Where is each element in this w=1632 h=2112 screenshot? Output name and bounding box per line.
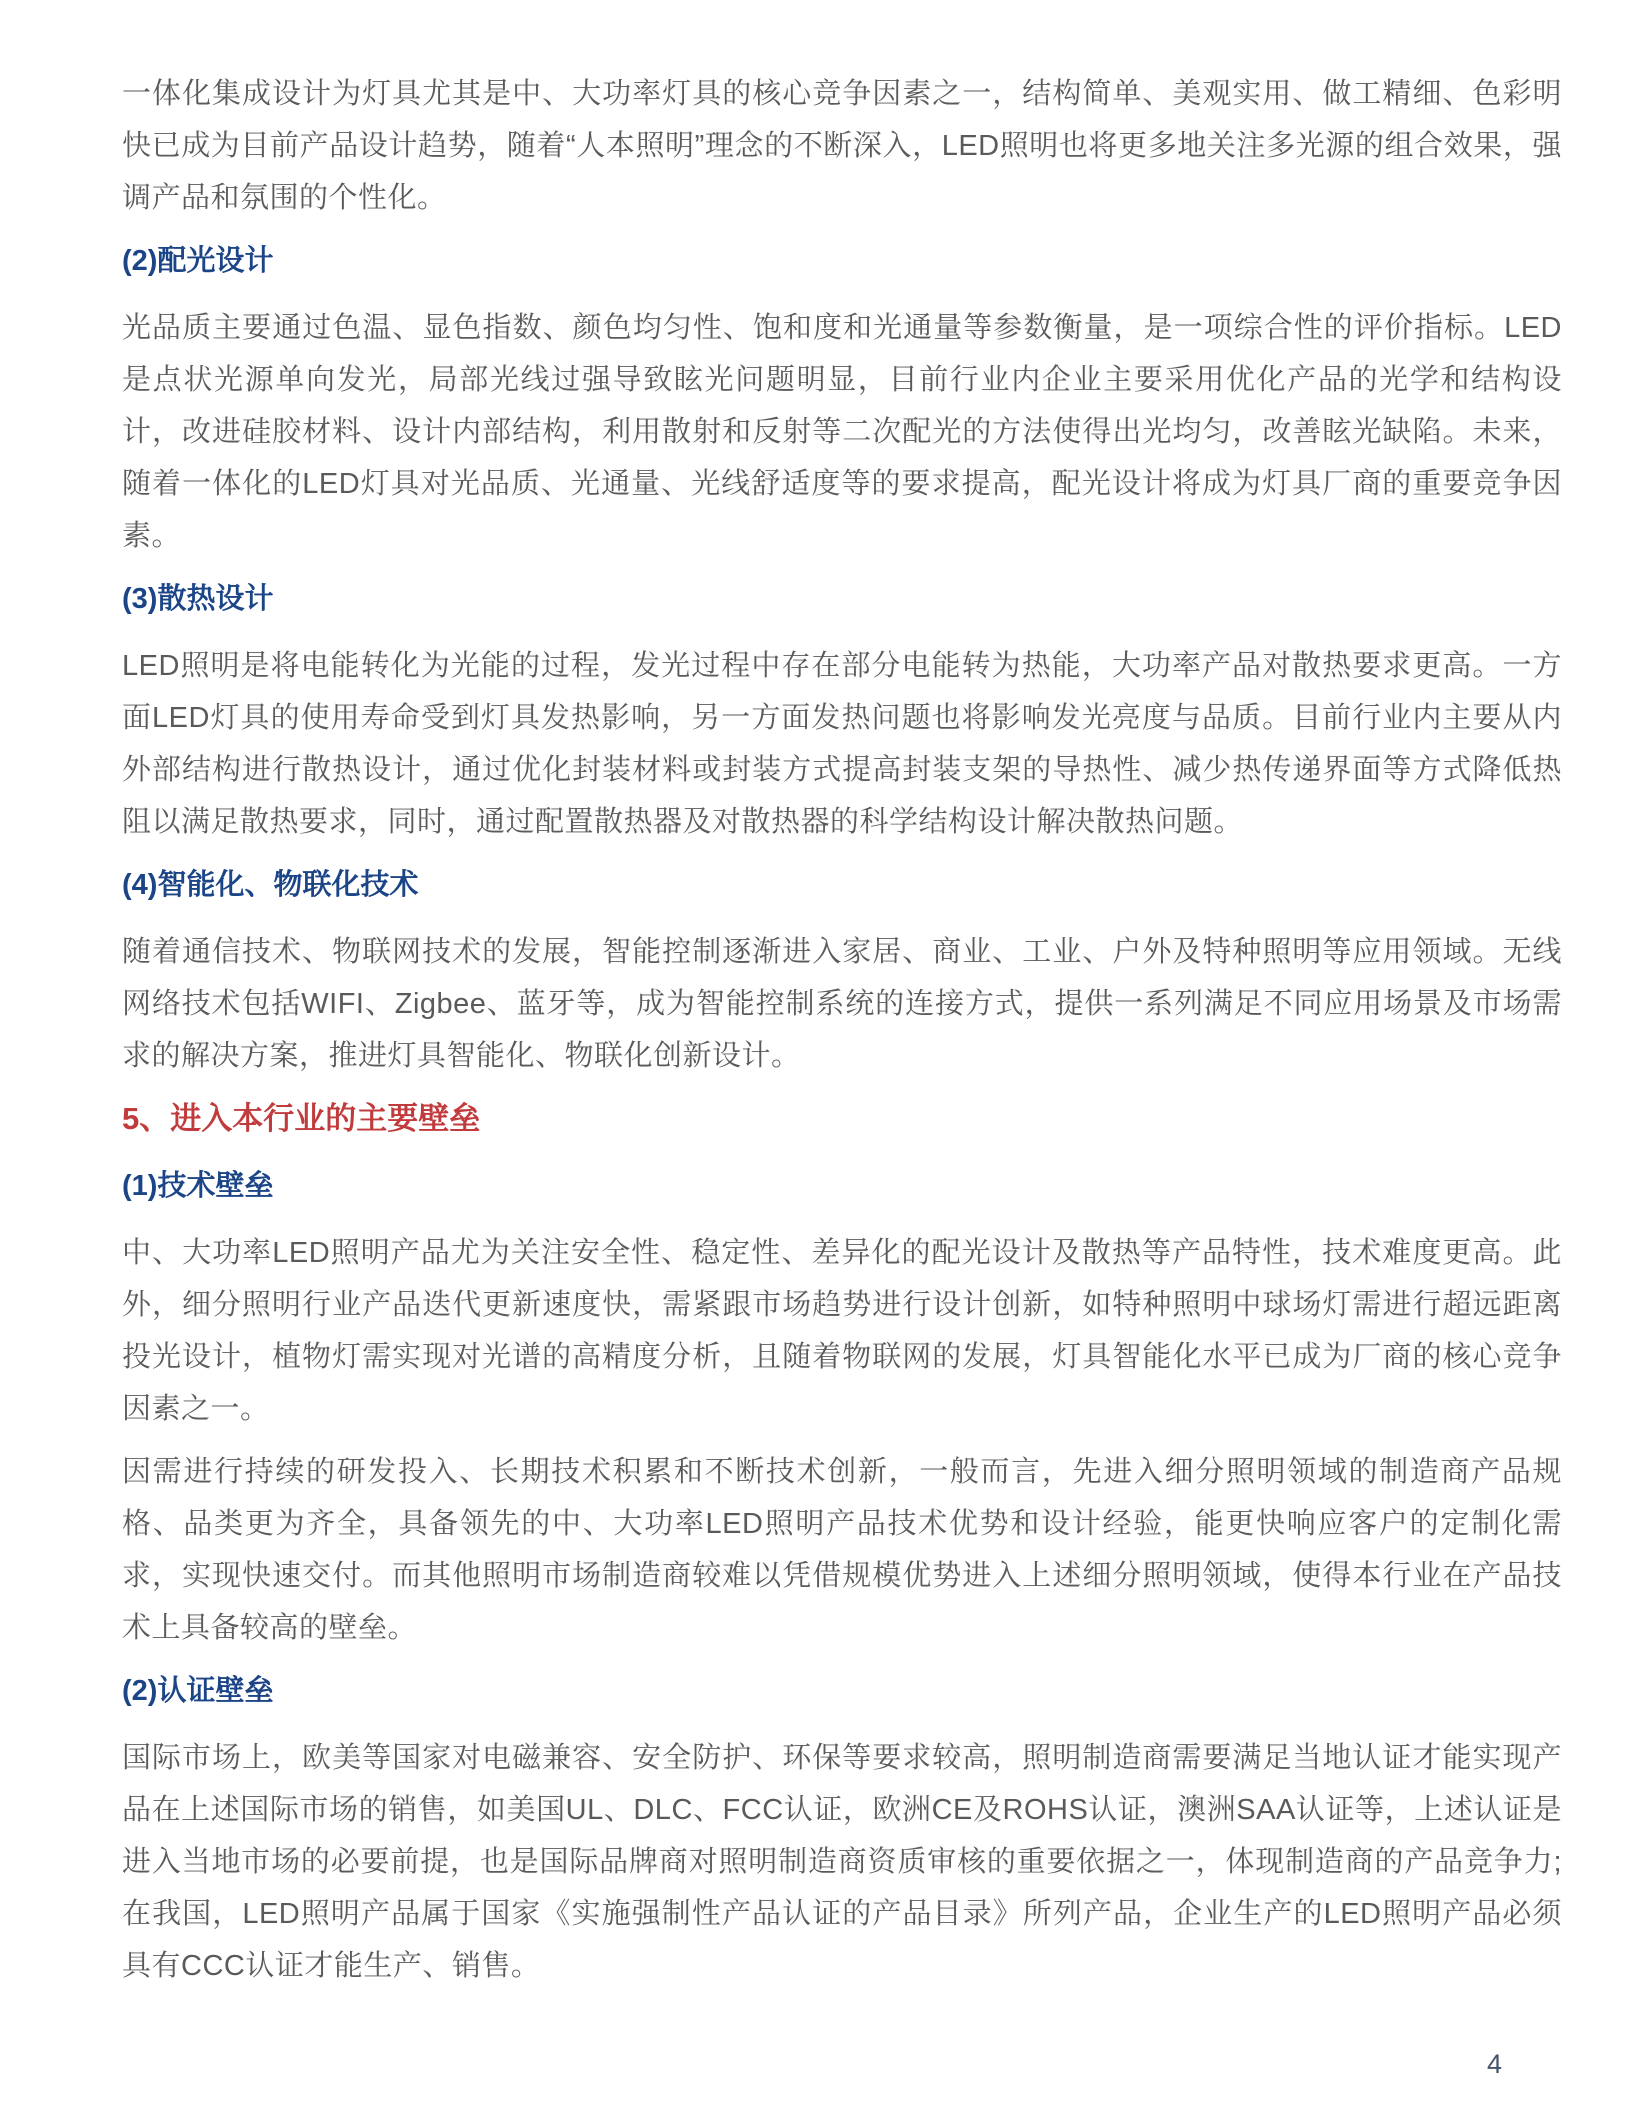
- paragraph-integrated-design: 一体化集成设计为灯具尤其是中、大功率灯具的核心竞争因素之一，结构简单、美观实用、…: [122, 68, 1562, 224]
- paragraph-smart-iot: 随着通信技术、物联网技术的发展，智能控制逐渐进入家居、商业、工业、户外及特种照明…: [122, 926, 1562, 1082]
- subheading-technical-barrier: (1)技术壁垒: [122, 1160, 1562, 1212]
- subheading-smart-iot-technology: (4)智能化、物联化技术: [122, 859, 1562, 911]
- document-page: 一体化集成设计为灯具尤其是中、大功率灯具的核心竞争因素之一，结构简单、美观实用、…: [0, 0, 1632, 2112]
- subheading-heat-dissipation-design: (3)散热设计: [122, 573, 1562, 625]
- paragraph-light-distribution: 光品质主要通过色温、显色指数、颜色均匀性、饱和度和光通量等参数衡量，是一项综合性…: [122, 302, 1562, 562]
- page-number: 4: [1487, 2049, 1502, 2080]
- paragraph-technical-barrier-2: 因需进行持续的研发投入、长期技术积累和不断技术创新，一般而言，先进入细分照明领域…: [122, 1446, 1562, 1654]
- subheading-light-distribution-design: (2)配光设计: [122, 235, 1562, 287]
- paragraph-heat-dissipation: LED照明是将电能转化为光能的过程，发光过程中存在部分电能转为热能，大功率产品对…: [122, 640, 1562, 848]
- subheading-certification-barrier: (2)认证壁垒: [122, 1665, 1562, 1717]
- paragraph-certification-barrier: 国际市场上，欧美等国家对电磁兼容、安全防护、环保等要求较高，照明制造商需要满足当…: [122, 1732, 1562, 1992]
- paragraph-technical-barrier-1: 中、大功率LED照明产品尤为关注安全性、稳定性、差异化的配光设计及散热等产品特性…: [122, 1227, 1562, 1435]
- section-heading-industry-barriers: 5、进入本行业的主要壁垒: [122, 1093, 1562, 1145]
